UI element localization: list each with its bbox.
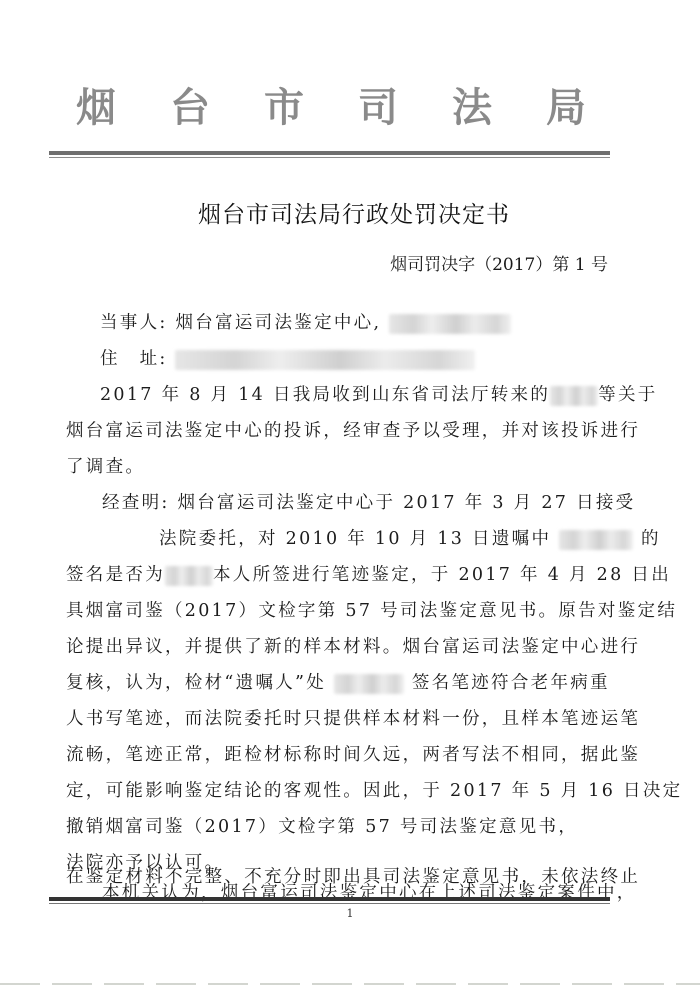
scan-edge-artifact [0, 983, 700, 985]
page-number: 1 [0, 907, 700, 920]
text-segment: 的 [641, 529, 661, 549]
footer-divider [49, 897, 610, 901]
paragraph-line: 在鉴定材料不完整、不充分时即出具司法鉴定意见书，未依法终止 [66, 859, 640, 896]
footer-divider-thin [49, 903, 610, 904]
document-body-tail: 在鉴定材料不完整、不充分时即出具司法鉴定意见书，未依法终止 [66, 0, 614, 990]
